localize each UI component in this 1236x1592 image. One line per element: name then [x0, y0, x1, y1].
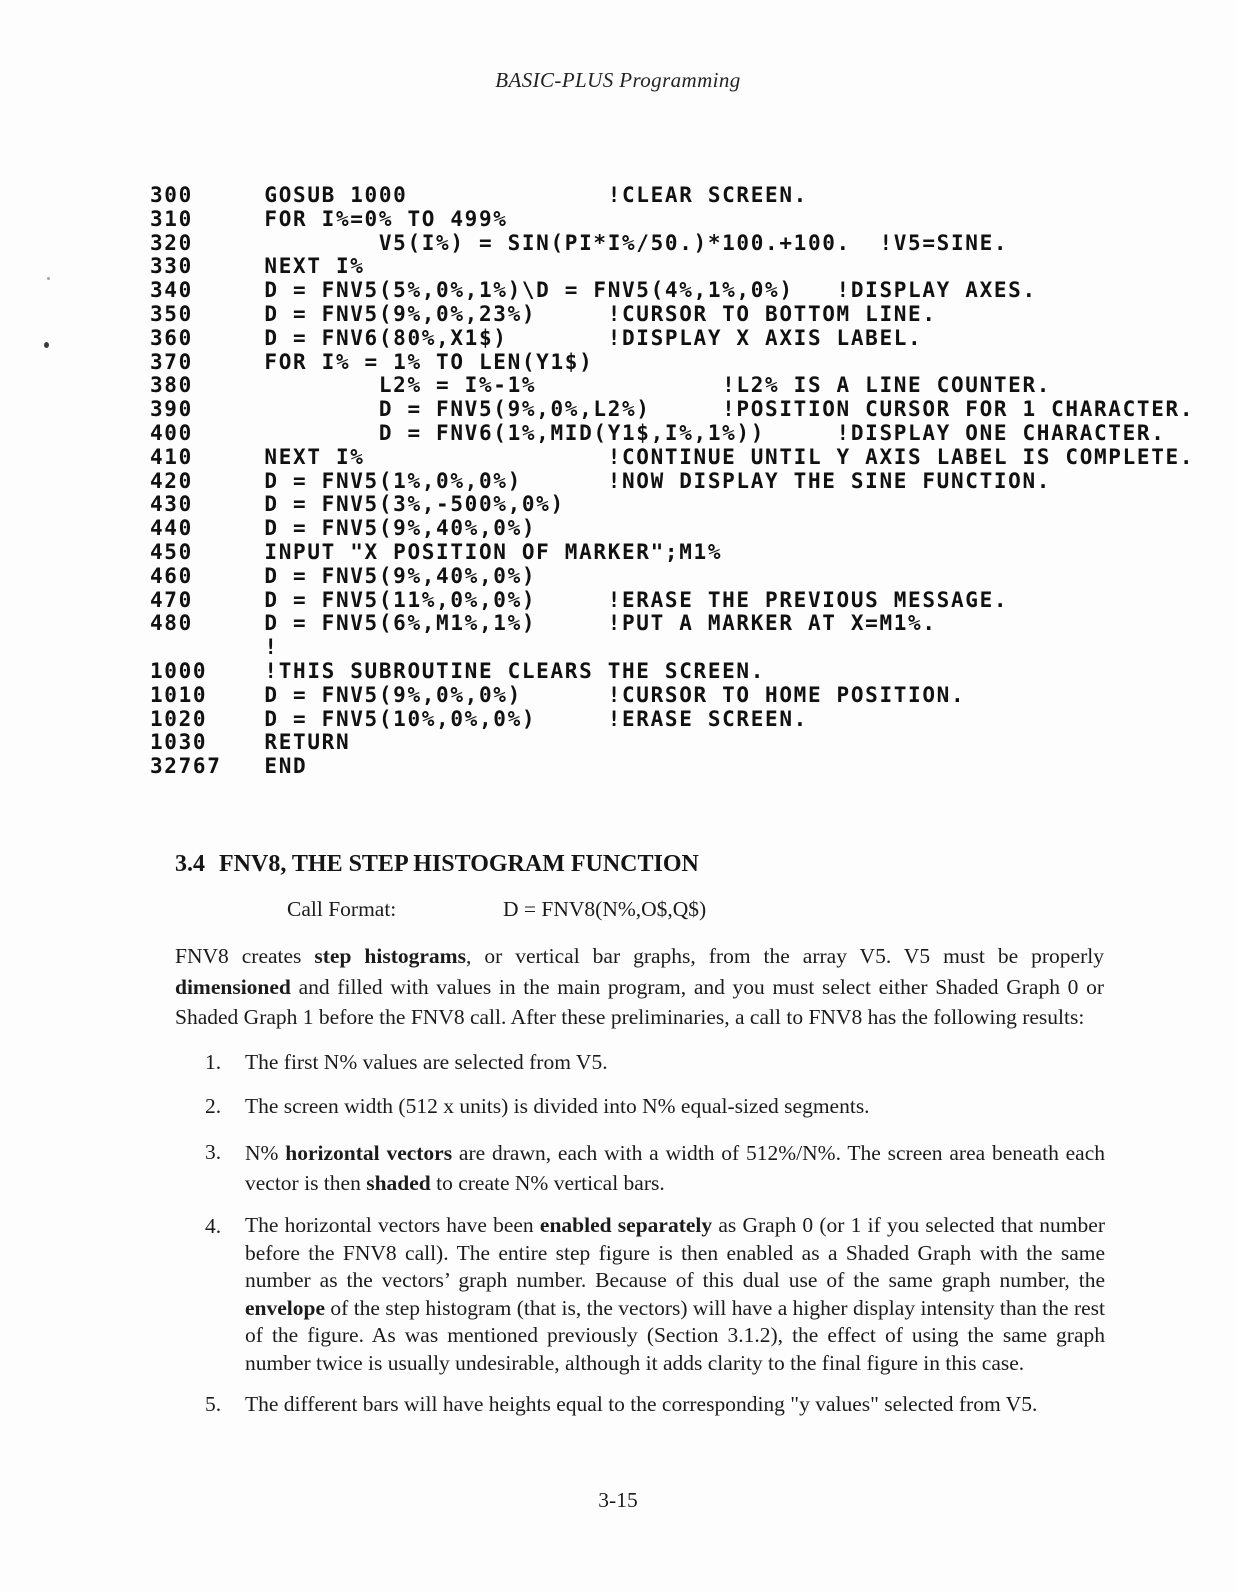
list-item-number: 2.: [205, 1092, 221, 1121]
page-number: 3-15: [0, 1488, 1236, 1513]
call-format-value: D = FNV8(N%,O$,Q$): [503, 897, 706, 922]
call-format-label: Call Format:: [287, 897, 396, 921]
list-item-text: The screen width (512 x units) is divide…: [245, 1092, 1105, 1121]
list-item-text: The first N% values are selected from V5…: [245, 1048, 1105, 1077]
code-listing: 300 GOSUB 1000 !CLEAR SCREEN. 310 FOR I%…: [150, 184, 1194, 779]
scan-speck: [47, 277, 50, 280]
list-item-text: The different bars will have heights equ…: [245, 1390, 1105, 1419]
list-item-number: 3.: [205, 1138, 221, 1167]
list-item-number: 1.: [205, 1048, 221, 1077]
list-item-text: The horizontal vectors have been enabled…: [245, 1212, 1105, 1377]
call-format-row: Call Format: D = FNV8(N%,O$,Q$): [287, 897, 396, 922]
document-page: BASIC-PLUS Programming 300 GOSUB 1000 !C…: [0, 0, 1236, 1592]
list-item-number: 5.: [205, 1390, 221, 1419]
running-header: BASIC-PLUS Programming: [0, 68, 1236, 93]
scan-speck: [44, 342, 49, 348]
list-item-text: N% horizontal vectors are drawn, each wi…: [245, 1138, 1105, 1198]
list-item-number: 4.: [205, 1212, 221, 1241]
section-heading: 3.4FNV8, THE STEP HISTOGRAM FUNCTION: [175, 851, 699, 878]
section-title: FNV8, THE STEP HISTOGRAM FUNCTION: [219, 851, 699, 877]
intro-paragraph: FNV8 creates step histograms, or vertica…: [175, 941, 1104, 1033]
section-number: 3.4: [175, 851, 205, 877]
